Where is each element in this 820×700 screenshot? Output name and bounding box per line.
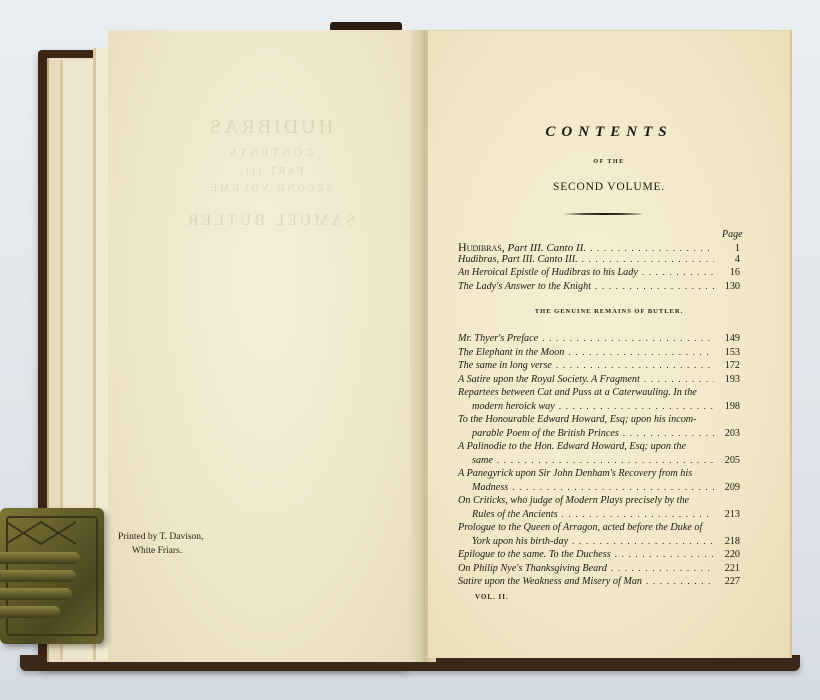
printer-imprint: Printed by T. Davison, White Friars.: [118, 530, 203, 558]
toc-entry-title-cont: York upon his birth-day: [472, 536, 568, 547]
toc-entry-line2: York upon his birth-day 218: [458, 536, 740, 550]
toc-entry-page: 16: [718, 267, 740, 278]
toc-entry-title: A Satire upon the Royal Society. A Fragm…: [458, 374, 640, 385]
toc-entry-page: 4: [718, 254, 740, 265]
show-through-text: HUDIBRAS CONTENTS PART III. SECOND VOLUM…: [150, 110, 390, 236]
hudibras-small-caps: Hudibras,: [458, 240, 505, 254]
toc-entry: A Satire upon the Royal Society. A Fragm…: [458, 374, 740, 388]
toc-entry-line2: parable Poem of the British Princes 203: [458, 428, 740, 442]
toc-entry-title-cont: Madness: [472, 482, 508, 493]
toc-entry-line2: Rules of the Ancients 213: [458, 509, 740, 523]
weight-finger: [0, 552, 80, 564]
dot-leader: [590, 243, 714, 253]
toc-entry-title-cont: parable Poem of the British Princes: [472, 428, 619, 439]
dot-leader: [497, 455, 714, 465]
toc-entry-title: Hudibras, Part III. Canto III.: [458, 254, 578, 265]
dot-leader: [595, 281, 714, 291]
toc-entry-title: Epilogue to the same. To the Duchess: [458, 549, 611, 560]
dot-leader: [615, 549, 714, 559]
toc-entry: Mr. Thyer's Preface 149: [458, 333, 740, 347]
title-rest: Part III. Canto II.: [505, 242, 586, 254]
dot-leader: [623, 428, 714, 438]
toc-entry: The Elephant in the Moon 153: [458, 347, 740, 361]
ghost-line: PART III.: [150, 166, 390, 177]
toc-entry-page: 203: [718, 428, 740, 439]
toc-entry-line2: modern heroick way 198: [458, 401, 740, 415]
weight-finger: [0, 570, 76, 582]
ghost-line: CONTENTS: [150, 145, 390, 160]
dot-leader: [646, 576, 714, 586]
toc-entry-page: 130: [718, 281, 740, 292]
ghost-line: HUDIBRAS: [150, 116, 390, 139]
toc-entry: An Heroical Epistle of Hudibras to his L…: [458, 267, 740, 281]
toc-entry-page: 213: [718, 509, 740, 520]
toc-entry-page: 1: [718, 243, 740, 254]
toc-entry-title: A Panegyrick upon Sir John Denham's Reco…: [458, 468, 692, 479]
toc-entry-page: 198: [718, 401, 740, 412]
toc-entry-page: 172: [718, 360, 740, 371]
toc-entry-line1: Repartees between Cat and Puss at a Cate…: [458, 387, 740, 401]
toc-entry-title: The Lady's Answer to the Knight: [458, 281, 591, 292]
dot-leader: [644, 374, 714, 384]
toc-entry: Hudibras, Part III. Canto II. 1: [458, 240, 740, 254]
toc-entry-line1: Prologue to the Queen of Arragon, acted …: [458, 522, 740, 536]
toc-entry-title: The same in long verse: [458, 360, 552, 371]
toc-entry-title: A Palinodie to the Hon. Edward Howard, E…: [458, 441, 686, 452]
dot-leader: [559, 401, 714, 411]
dot-leader: [542, 333, 714, 343]
toc-entry-title: The Elephant in the Moon: [458, 347, 564, 358]
dot-leader: [562, 509, 714, 519]
toc-entry: Hudibras, Part III. Canto III. 4: [458, 254, 740, 268]
contents-list-part-one: Hudibras, Part III. Canto II. 1 Hudibras…: [458, 240, 740, 294]
toc-entry-title: Repartees between Cat and Puss at a Cate…: [458, 387, 697, 398]
toc-entry-line1: On Criticks, who judge of Modern Plays p…: [458, 495, 740, 509]
toc-entry-title: Mr. Thyer's Preface: [458, 333, 538, 344]
toc-entry-line1: A Panegyrick upon Sir John Denham's Reco…: [458, 468, 740, 482]
toc-entry-page: 221: [718, 563, 740, 574]
toc-entry: On Philip Nye's Thanksgiving Beard 221: [458, 563, 740, 577]
toc-entry: Epilogue to the same. To the Duchess 220: [458, 549, 740, 563]
weight-finger: [0, 606, 60, 618]
toc-entry-line2: same 205: [458, 455, 740, 469]
toc-entry-page: 153: [718, 347, 740, 358]
page-column-label: Page: [722, 229, 743, 240]
toc-entry-page: 209: [718, 482, 740, 493]
contents-subtitle-of: OF THE: [428, 159, 790, 165]
toc-entry-line1: To the Honourable Edward Howard, Esq; up…: [458, 414, 740, 428]
imprint-line-2: White Friars.: [118, 544, 203, 558]
toc-entry: Satire upon the Weakness and Misery of M…: [458, 576, 740, 590]
toc-entry-title-cont: modern heroick way: [472, 401, 555, 412]
dot-leader: [512, 482, 714, 492]
imprint-line-1: Printed by T. Davison,: [118, 530, 203, 544]
toc-entry-title: An Heroical Epistle of Hudibras to his L…: [458, 267, 638, 278]
toc-entry-line2: Madness 209: [458, 482, 740, 496]
contents-list-remains: Mr. Thyer's Preface 149 The Elephant in …: [458, 333, 740, 590]
ornamental-rule: [563, 212, 643, 216]
toc-entry-line1: A Palinodie to the Hon. Edward Howard, E…: [458, 441, 740, 455]
weight-finger: [0, 588, 72, 600]
contents-title: CONTENTS: [428, 124, 790, 141]
dot-leader: [642, 267, 714, 277]
brass-page-weight: [0, 508, 104, 644]
dot-leader: [582, 254, 714, 264]
toc-entry-page: 193: [718, 374, 740, 385]
toc-entry: The same in long verse 172: [458, 360, 740, 374]
book-photo: HUDIBRAS CONTENTS PART III. SECOND VOLUM…: [0, 0, 820, 700]
weight-lattice-icon: [6, 520, 76, 546]
toc-entry-page: 205: [718, 455, 740, 466]
contents-volume-title: SECOND VOLUME.: [428, 181, 790, 193]
toc-entry-title: Satire upon the Weakness and Misery of M…: [458, 576, 642, 587]
toc-entry: The Lady's Answer to the Knight 130: [458, 281, 740, 295]
toc-entry-page: 149: [718, 333, 740, 344]
ghost-line: SAMUEL BUTLER: [150, 212, 390, 230]
toc-entry-title: To the Honourable Edward Howard, Esq; up…: [458, 414, 697, 425]
toc-entry-title: Prologue to the Queen of Arragon, acted …: [458, 522, 702, 533]
toc-entry-title-cont: same: [472, 455, 493, 466]
toc-entry-page: 227: [718, 576, 740, 587]
dot-leader: [556, 360, 714, 370]
toc-entry-title: On Criticks, who judge of Modern Plays p…: [458, 495, 689, 506]
section-heading: THE GENUINE REMAINS OF BUTLER.: [428, 308, 790, 315]
dot-leader: [568, 347, 714, 357]
toc-entry-page: 220: [718, 549, 740, 560]
volume-signature: VOL. II.: [475, 593, 509, 601]
toc-entry-title: On Philip Nye's Thanksgiving Beard: [458, 563, 607, 574]
toc-entry-page: 218: [718, 536, 740, 547]
dot-leader: [572, 536, 714, 546]
dot-leader: [611, 563, 714, 573]
toc-entry-title-cont: Rules of the Ancients: [472, 509, 558, 520]
ghost-line: SECOND VOLUME: [150, 183, 390, 194]
